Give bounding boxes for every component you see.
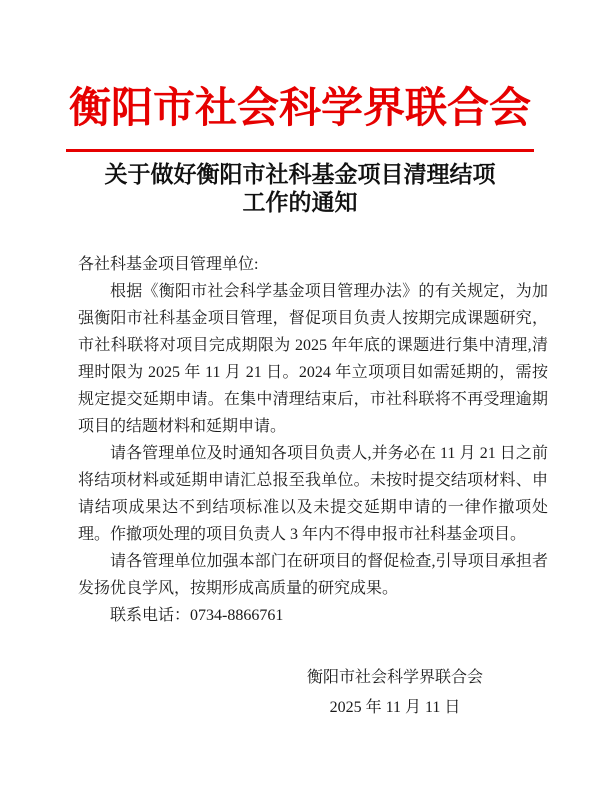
salutation: 各社科基金项目管理单位: (78, 251, 548, 278)
document-page: 衡阳市社会科学界联合会 关于做好衡阳市社科基金项目清理结项 工作的通知 各社科基… (0, 0, 600, 804)
body-paragraph: 联系电话：0734-8866761 (78, 602, 548, 629)
signature-block: 衡阳市社会科学界联合会 2025 年 11 月 11 日 (307, 663, 483, 723)
signature-date: 2025 年 11 月 11 日 (307, 693, 483, 723)
doc-title: 关于做好衡阳市社科基金项目清理结项 工作的通知 (0, 161, 600, 217)
body-paragraph: 根据《衡阳市社会科学基金项目管理办法》的有关规定，为加强衡阳市社科基金项目管理，… (78, 278, 548, 440)
doc-title-line1: 关于做好衡阳市社科基金项目清理结项 (0, 161, 600, 189)
body-paragraph: 请各管理单位及时通知各项目负责人,并务必在 11 月 21 日之前将结项材料或延… (78, 440, 548, 548)
org-title: 衡阳市社会科学界联合会 (0, 0, 600, 137)
document-body: 各社科基金项目管理单位: 根据《衡阳市社会科学基金项目管理办法》的有关规定，为加… (78, 251, 548, 723)
red-divider-line (66, 149, 534, 152)
body-paragraph: 请各管理单位加强本部门在研项目的督促检查,引导项目承担者发扬优良学风，按期形成高… (78, 548, 548, 602)
signature-area: 衡阳市社会科学界联合会 2025 年 11 月 11 日 (78, 663, 548, 723)
paragraph-list: 根据《衡阳市社会科学基金项目管理办法》的有关规定，为加强衡阳市社科基金项目管理，… (78, 278, 548, 629)
signature-org: 衡阳市社会科学界联合会 (307, 663, 483, 693)
doc-title-line2: 工作的通知 (0, 189, 600, 217)
